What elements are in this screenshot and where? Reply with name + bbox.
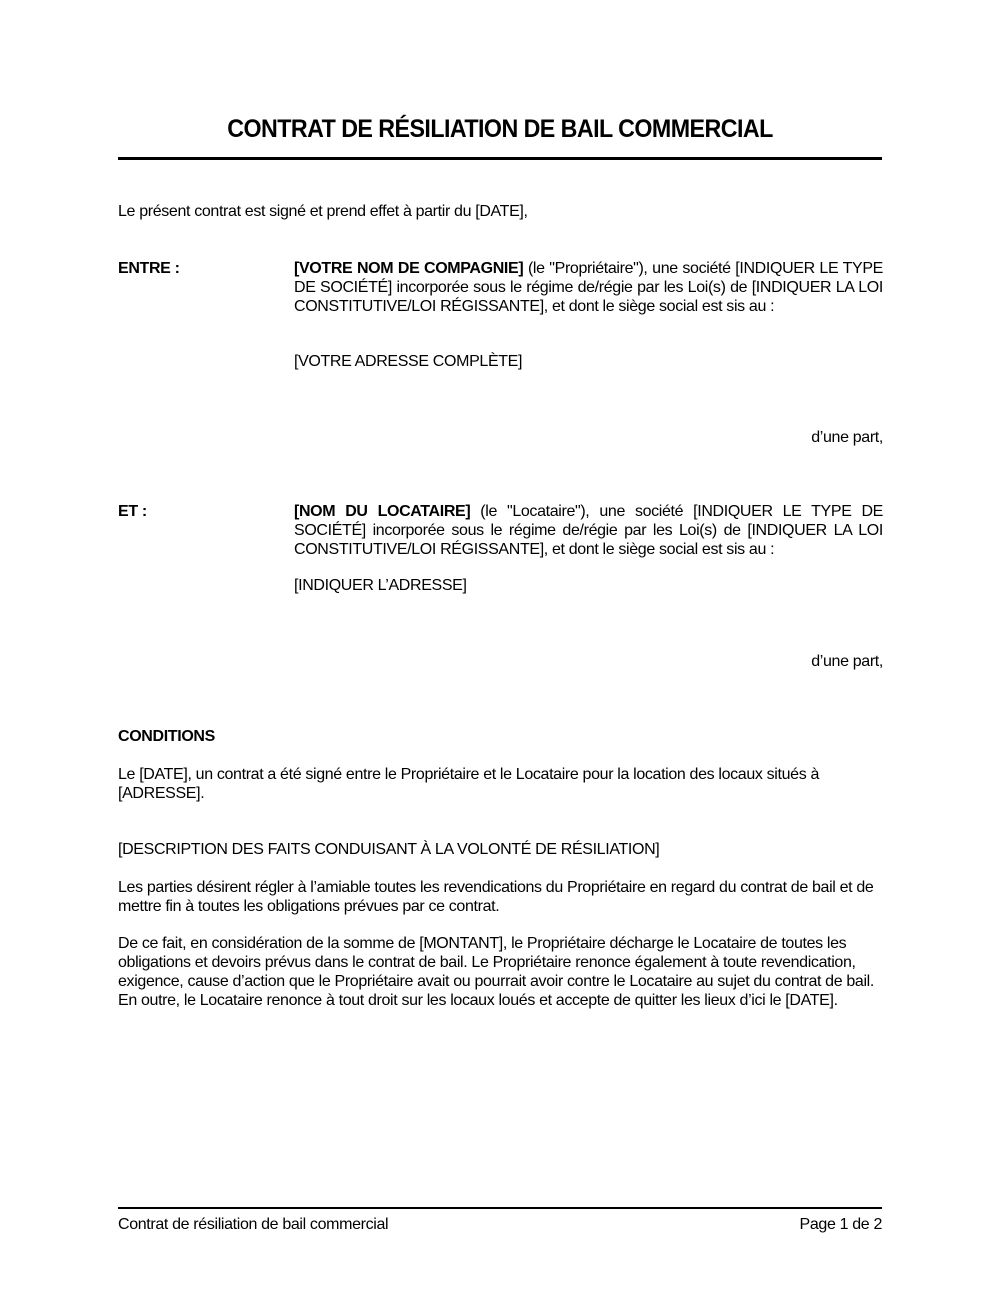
party2-paragraph: [NOM DU LOCATAIRE] (le "Locataire"), une… <box>294 502 883 559</box>
party1-name: [VOTRE NOM DE COMPAGNIE] <box>294 260 523 277</box>
party1-label: ENTRE : <box>118 259 180 278</box>
party2-label: ET : <box>118 502 147 521</box>
party2-name: [NOM DU LOCATAIRE] <box>294 503 470 520</box>
conditions-paragraph-4: De ce fait, en considération de la somme… <box>118 934 883 1010</box>
footer-page-number: Page 1 de 2 <box>800 1215 882 1234</box>
document-title: CONTRAT DE RÉSILIATION DE BAIL COMMERCIA… <box>145 113 856 145</box>
conditions-paragraph-1: Le [DATE], un contrat a été signé entre … <box>118 765 883 803</box>
conditions-paragraph-2: [DESCRIPTION DES FAITS CONDUISANT À LA V… <box>118 840 883 859</box>
conditions-paragraph-3: Les parties désirent régler à l’amiable … <box>118 878 883 916</box>
title-divider <box>118 157 882 160</box>
footer-document-name: Contrat de résiliation de bail commercia… <box>118 1215 388 1234</box>
party1-paragraph: [VOTRE NOM DE COMPAGNIE] (le "Propriétai… <box>294 259 883 316</box>
party2-address: [INDIQUER L’ADRESSE] <box>294 576 883 595</box>
party2-closing: d’une part, <box>294 652 883 671</box>
intro-paragraph: Le présent contrat est signé et prend ef… <box>118 202 883 221</box>
document-page: CONTRAT DE RÉSILIATION DE BAIL COMMERCIA… <box>0 0 1000 1290</box>
party1-address: [VOTRE ADRESSE COMPLÈTE] <box>294 352 883 371</box>
party1-closing: d’une part, <box>294 428 883 447</box>
footer-divider <box>118 1207 882 1209</box>
conditions-heading: CONDITIONS <box>118 727 215 746</box>
